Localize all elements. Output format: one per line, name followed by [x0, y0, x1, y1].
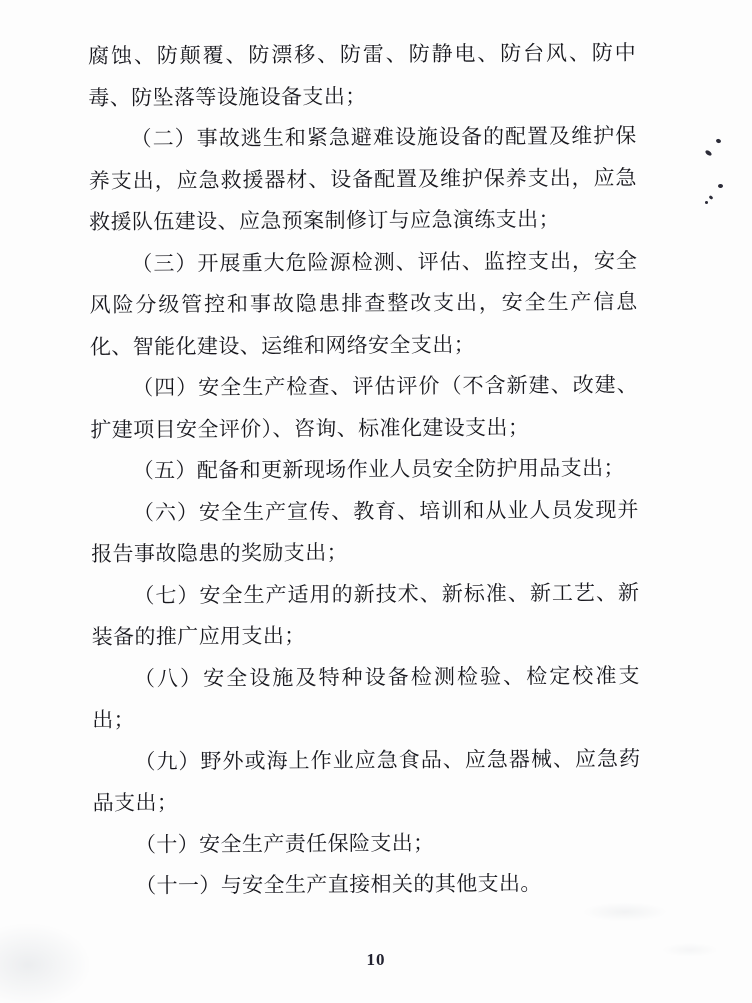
list-item-11: （十一）与安全生产直接相关的其他支出。 [93, 863, 641, 908]
list-item-4: （四）安全生产检查、评估评价（不含新建、改建、扩建项目安全评价）、咨询、标准化建… [90, 365, 638, 451]
ink-speck [705, 201, 708, 204]
document-text: 腐蚀、防颠覆、防漂移、防雷、防静电、防台风、防中毒、防坠落等设施设备支出； （二… [88, 33, 641, 908]
list-item-10: （十）安全生产责任保险支出； [93, 821, 641, 866]
ink-speck [709, 195, 714, 200]
ink-speck [718, 184, 723, 188]
ink-speck [704, 149, 712, 156]
page-number: 10 [0, 950, 752, 970]
paragraph-continuation: 腐蚀、防颠覆、防漂移、防雷、防静电、防台风、防中毒、防坠落等设施设备支出； [88, 33, 636, 119]
list-item-7: （七）安全生产适用的新技术、新标准、新工艺、新装备的推广应用支出； [91, 572, 639, 658]
list-item-8: （八）安全设施及特种设备检测检验、检定校准支出； [92, 655, 640, 741]
list-item-9: （九）野外或海上作业应急食品、应急器械、应急药品支出； [92, 738, 640, 824]
document-page: 腐蚀、防颠覆、防漂移、防雷、防静电、防台风、防中毒、防坠落等设施设备支出； （二… [0, 0, 752, 1003]
list-item-2: （二）事故逃生和紧急避难设施设备的配置及维护保养支出，应急救援器材、设备配置及维… [89, 116, 638, 244]
list-item-3: （三）开展重大危险源检测、评估、监控支出，安全风险分级管控和事故隐患排查整改支出… [89, 240, 638, 368]
ink-speck [715, 138, 721, 143]
list-item-6: （六）安全生产宣传、教育、培训和从业人员发现并报告事故隐患的奖励支出； [91, 489, 639, 575]
list-item-5: （五）配备和更新现场作业人员安全防护用品支出； [91, 448, 639, 493]
